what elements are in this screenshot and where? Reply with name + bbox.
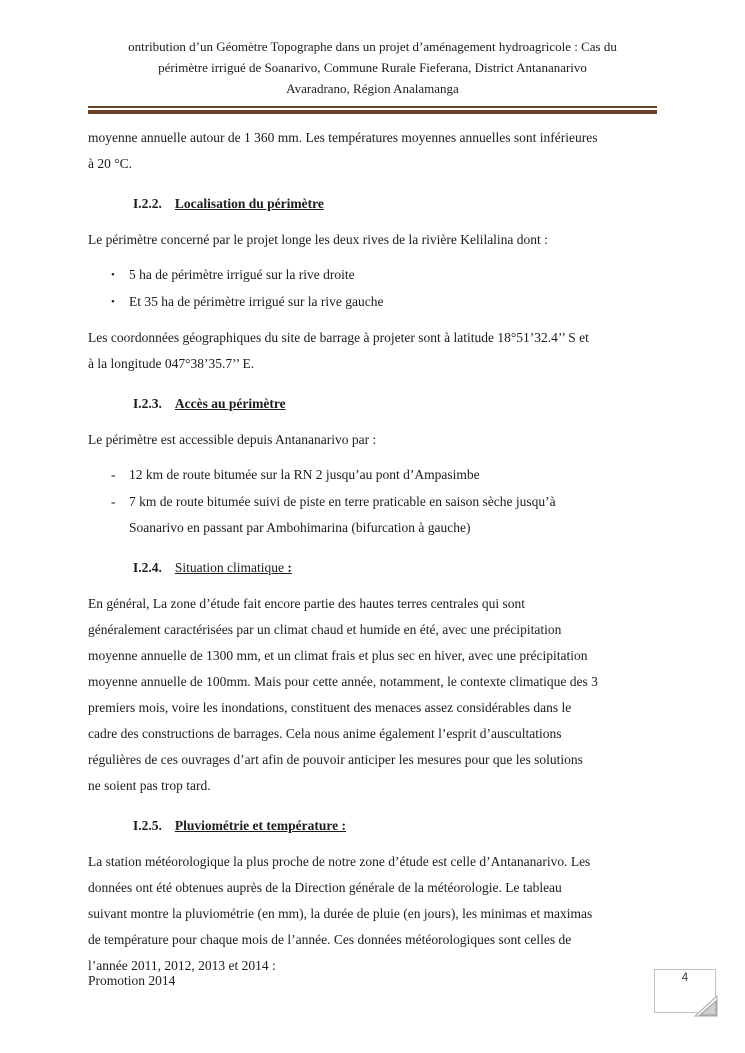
dash-icon: - [111, 489, 129, 541]
dash-icon: - [111, 462, 129, 488]
paragraph-localisation: Le périmètre concerné par le projet long… [88, 227, 657, 253]
page-number: 4 [655, 972, 715, 984]
bullet-icon: • [111, 289, 129, 315]
list-item: - 7 km de route bitumée suivi de piste e… [88, 489, 657, 541]
page-content: ontribution d’un Géomètre Topographe dan… [0, 0, 745, 979]
paragraph-climat: En général, La zone d’étude fait encore … [88, 591, 657, 799]
list-item: - 12 km de route bitumée sur la RN 2 jus… [88, 462, 657, 488]
heading-number: I.2.2. [133, 196, 162, 211]
document-page: ontribution d’un Géomètre Topographe dan… [0, 0, 745, 1053]
dash-list: - 12 km de route bitumée sur la RN 2 jus… [88, 462, 657, 541]
heading-title: Localisation du périmètre [175, 196, 324, 211]
paragraph-acces: Le périmètre est accessible depuis Antan… [88, 427, 657, 453]
document-header-title: ontribution d’un Géomètre Topographe dan… [88, 36, 657, 99]
list-item-text: 12 km de route bitumée sur la RN 2 jusqu… [129, 462, 657, 488]
heading-title: Accès au périmètre [175, 396, 286, 411]
document-body: moyenne annuelle autour de 1 360 mm. Les… [88, 125, 657, 979]
heading-title: Situation climatique [175, 560, 284, 575]
heading-1-2-4: I.2.4.Situation climatique : [88, 555, 657, 581]
heading-number: I.2.3. [133, 396, 162, 411]
paragraph-coordinates: Les coordonnées géographiques du site de… [88, 325, 657, 377]
heading-1-2-5: I.2.5.Pluviométrie et température : [88, 813, 657, 839]
footer-promotion: Promotion 2014 [88, 968, 175, 994]
heading-title: Pluviométrie et température : [175, 818, 346, 833]
folded-corner-icon [693, 992, 723, 1018]
heading-1-2-3: I.2.3.Accès au périmètre [88, 391, 657, 417]
page-number-box: 4 [654, 969, 716, 1013]
bullet-icon: • [111, 262, 129, 288]
list-item-text: Et 35 ha de périmètre irrigué sur la riv… [129, 289, 657, 315]
heading-1-2-2: I.2.2.Localisation du périmètre [88, 191, 657, 217]
bullet-list: • 5 ha de périmètre irrigué sur la rive … [88, 262, 657, 315]
list-item-text: 7 km de route bitumée suivi de piste en … [129, 489, 657, 541]
list-item: • 5 ha de périmètre irrigué sur la rive … [88, 262, 657, 288]
heading-number: I.2.4. [133, 560, 162, 575]
heading-colon: : [284, 560, 292, 575]
header-rule-thin [88, 106, 657, 108]
paragraph-pluviometrie: La station météorologique la plus proche… [88, 849, 657, 979]
heading-number: I.2.5. [133, 818, 162, 833]
list-item-text: 5 ha de périmètre irrigué sur la rive dr… [129, 262, 657, 288]
header-rule-thick [88, 110, 657, 114]
list-item: • Et 35 ha de périmètre irrigué sur la r… [88, 289, 657, 315]
paragraph-intro: moyenne annuelle autour de 1 360 mm. Les… [88, 125, 657, 177]
